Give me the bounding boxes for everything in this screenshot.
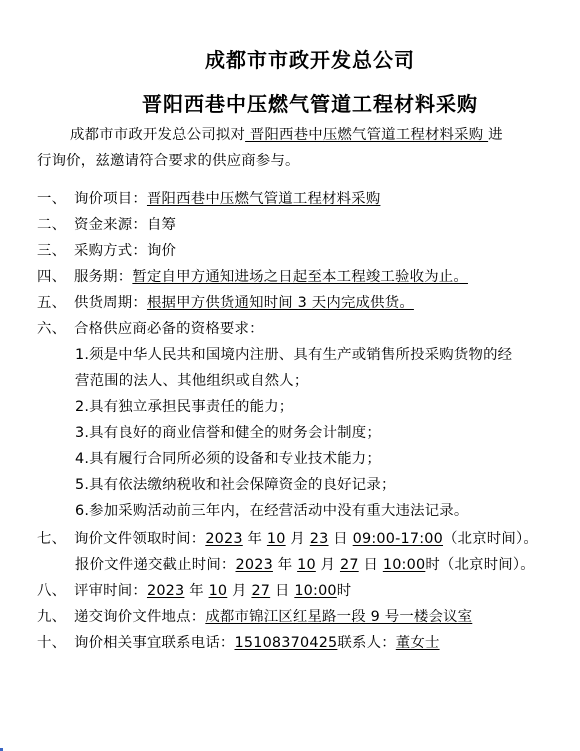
item-number: 七、 xyxy=(37,530,66,548)
intro-suffix: 进 xyxy=(488,127,503,143)
intro-line-2: 行询价，兹邀请符合要求的供应商参与。 xyxy=(37,152,300,170)
deadline-line: 报价文件递交截止时间：2023 年 10 月 27 日 10:00时（北京时间）… xyxy=(75,556,535,574)
contact-phone: 15108370425 xyxy=(235,635,338,651)
item-content: 供货周期：根据甲方供货通知时间 3 天内完成供货。 xyxy=(74,294,414,312)
item-label: 资金来源： xyxy=(74,217,147,233)
item-number: 一、 xyxy=(37,190,66,208)
month-unit: 月 xyxy=(232,583,247,599)
item-label: 服务期： xyxy=(74,269,132,285)
item-value: 根据甲方供货通知时间 3 天内完成供货。 xyxy=(147,295,414,311)
qualification-3: 3.具有良好的商业信誉和健全的财务会计制度； xyxy=(75,424,381,442)
month-unit: 月 xyxy=(321,557,336,573)
day-unit: 日 xyxy=(363,557,378,573)
deadline-day: 27 xyxy=(340,557,359,573)
item-number: 四、 xyxy=(37,268,66,286)
hour-unit: 时 xyxy=(337,583,352,599)
hour-unit: 时 xyxy=(425,557,440,573)
item-number: 五、 xyxy=(37,294,66,312)
day-unit: 日 xyxy=(275,583,290,599)
submission-address: 成都市锦江区红星路一段 9 号一楼会议室 xyxy=(205,609,472,625)
year-unit: 年 xyxy=(248,531,263,547)
company-title: 成都市市政开发总公司 xyxy=(0,44,580,73)
contact-name: 董女士 xyxy=(396,635,440,651)
qualification-4: 4.具有履行合同所必须的设备和专业技术能力； xyxy=(75,450,381,468)
item-content: 递交询价文件地点：成都市锦江区红星路一段 9 号一楼会议室 xyxy=(74,608,472,626)
deadline-month: 10 xyxy=(297,557,316,573)
qualification-1-cont: 营范围的法人、其他组织或自然人； xyxy=(75,372,308,390)
intro-prefix: 成都市市政开发总公司拟对 xyxy=(70,127,245,143)
qualification-6: 6.参加采购活动前三年内，在经营活动中没有重大违法记录。 xyxy=(75,502,469,520)
deadline-year: 2023 xyxy=(236,557,273,573)
deadline-label: 报价文件递交截止时间： xyxy=(75,557,236,573)
day-unit: 日 xyxy=(333,531,348,547)
item-label: 递交询价文件地点： xyxy=(74,609,205,625)
year-unit: 年 xyxy=(278,557,293,573)
item-value: 询价 xyxy=(147,243,176,259)
pickup-year: 2023 xyxy=(205,531,242,547)
timezone-note: （北京时间）。 xyxy=(440,557,535,573)
month-unit: 月 xyxy=(290,531,305,547)
item-number: 八、 xyxy=(37,582,66,600)
item-label: 询价文件领取时间： xyxy=(74,531,205,547)
item-number: 九、 xyxy=(37,608,66,626)
item-label: 供货周期： xyxy=(74,295,147,311)
item-value: 自筹 xyxy=(147,217,176,233)
item-value: 暂定自甲方通知进场之日起至本工程竣工验收为止。 xyxy=(132,269,468,285)
item-content: 采购方式：询价 xyxy=(74,242,176,260)
item-number: 十、 xyxy=(37,634,66,652)
item-label: 合格供应商必备的资格要求： xyxy=(74,321,264,337)
year-unit: 年 xyxy=(189,583,204,599)
deadline-time: 10:00 xyxy=(383,557,425,573)
contact-label: 联系人： xyxy=(337,635,395,651)
project-title: 晋阳西巷中压燃气管道工程材料采购 xyxy=(0,88,580,117)
item-content: 服务期：暂定自甲方通知进场之日起至本工程竣工验收为止。 xyxy=(74,268,468,286)
item-number: 二、 xyxy=(37,216,66,234)
item-number: 三、 xyxy=(37,242,66,260)
review-day: 27 xyxy=(251,583,270,599)
qualification-5: 5.具有依法缴纳税收和社会保障资金的良好记录； xyxy=(75,476,396,494)
item-label: 询价相关事宜联系电话： xyxy=(74,635,235,651)
item-content: 询价文件领取时间：2023 年 10 月 23 日 09:00-17:00（北京… xyxy=(74,530,538,548)
item-content: 合格供应商必备的资格要求： xyxy=(74,320,264,338)
item-label: 评审时间： xyxy=(74,583,147,599)
item-content: 资金来源：自筹 xyxy=(74,216,176,234)
intro-line-1: 成都市市政开发总公司拟对 晋阳西巷中压燃气管道工程材料采购 进 xyxy=(70,126,503,144)
review-year: 2023 xyxy=(147,583,184,599)
review-time: 10:00 xyxy=(294,583,336,599)
item-number: 六、 xyxy=(37,320,66,338)
pickup-day: 23 xyxy=(310,531,329,547)
qualification-2: 2.具有独立承担民事责任的能力； xyxy=(75,398,293,416)
item-label: 采购方式： xyxy=(74,243,147,259)
review-month: 10 xyxy=(209,583,228,599)
pickup-month: 10 xyxy=(267,531,286,547)
qualification-1: 1.须是中华人民共和国境内注册、具有生产或销售所投采购货物的经 xyxy=(75,346,512,364)
item-content: 评审时间：2023 年 10 月 27 日 10:00时 xyxy=(74,582,351,600)
item-value: 晋阳西巷中压燃气管道工程材料采购 xyxy=(147,191,380,207)
pickup-time: 09:00-17:00 xyxy=(353,531,443,547)
item-content: 询价项目：晋阳西巷中压燃气管道工程材料采购 xyxy=(74,190,380,208)
item-label: 询价项目： xyxy=(74,191,147,207)
intro-project: 晋阳西巷中压燃气管道工程材料采购 xyxy=(245,127,488,143)
item-content: 询价相关事宜联系电话：15108370425联系人：董女士 xyxy=(74,634,440,652)
timezone-note: （北京时间）。 xyxy=(443,531,538,547)
